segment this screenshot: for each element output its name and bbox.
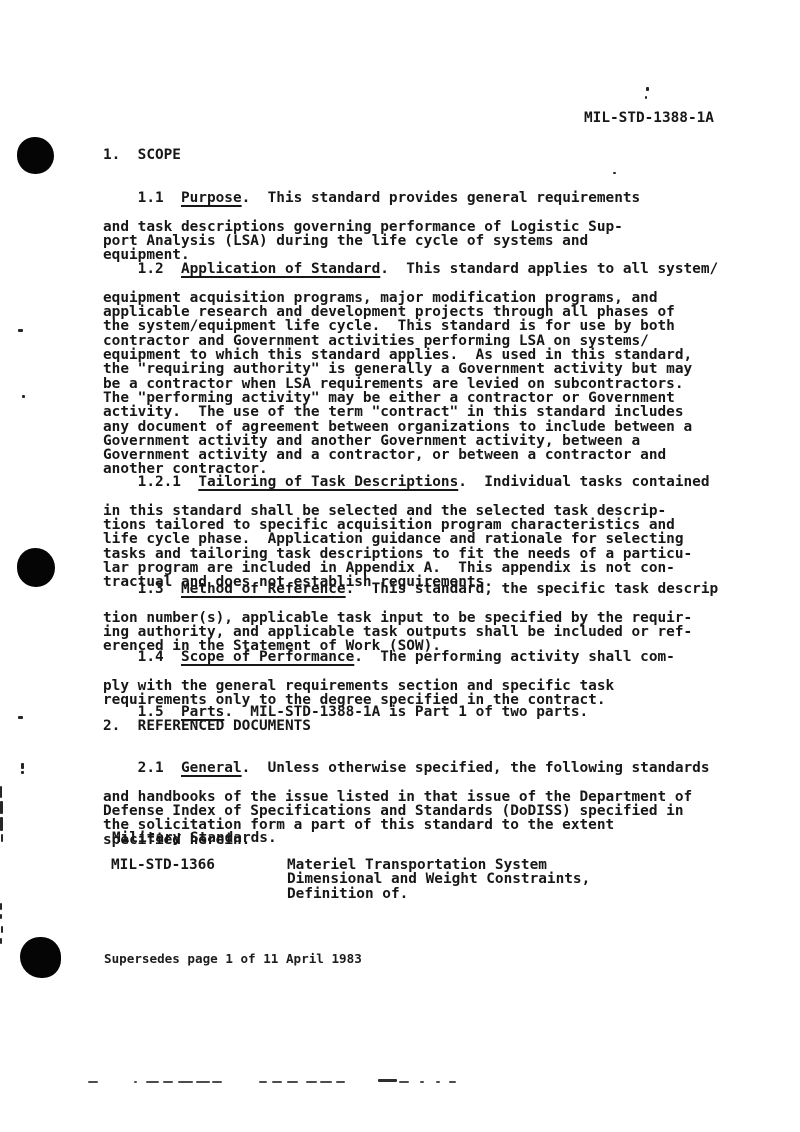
scan-dash-mark bbox=[399, 1081, 409, 1083]
scan-dash-mark bbox=[336, 1081, 345, 1083]
scan-dash-mark bbox=[134, 1081, 137, 1083]
paragraph-title: Method of Reference bbox=[181, 581, 346, 597]
scan-speck bbox=[0, 817, 3, 831]
paragraph-first-line: . The performing activity shall com- bbox=[354, 649, 675, 665]
hole-punch-bottom bbox=[20, 937, 61, 978]
scan-speck bbox=[18, 716, 23, 719]
scan-speck bbox=[18, 329, 23, 332]
scan-dash-mark bbox=[378, 1079, 397, 1082]
paragraph-title: General bbox=[181, 760, 242, 776]
scan-dash-mark bbox=[163, 1081, 173, 1083]
scan-speck bbox=[1, 926, 3, 933]
supersedes-note: Supersedes page 1 of 11 April 1983 bbox=[104, 952, 722, 965]
section-heading-scope: 1. SCOPE bbox=[103, 148, 721, 162]
scan-dash-mark bbox=[449, 1081, 456, 1083]
scan-dash-mark bbox=[88, 1081, 98, 1083]
paragraph-first-line: . This standard, the specific task descr… bbox=[346, 581, 719, 597]
scan-dash-mark bbox=[306, 1081, 317, 1083]
scan-dash-mark bbox=[420, 1081, 424, 1083]
scan-speck bbox=[645, 96, 647, 99]
paragraph-first-line: . This standard applies to all system/ bbox=[380, 261, 718, 277]
scan-dash-mark bbox=[259, 1081, 267, 1083]
paragraph-title: Purpose bbox=[181, 190, 242, 206]
paragraph-title: Scope of Performance bbox=[181, 649, 354, 665]
scan-speck bbox=[1, 834, 3, 842]
paragraph-number: 1.1 bbox=[138, 190, 181, 206]
hole-punch-middle bbox=[17, 548, 55, 587]
paragraph-number: 1.2.1 bbox=[138, 474, 199, 490]
scan-speck bbox=[0, 914, 2, 919]
hole-punch-top bbox=[17, 137, 54, 174]
scan-dash-mark bbox=[178, 1081, 193, 1083]
paragraph-first-line: . Individual tasks contained bbox=[458, 474, 709, 490]
paragraph-number: 2.1 bbox=[138, 760, 181, 776]
scan-speck bbox=[0, 786, 2, 798]
scan-dash-mark bbox=[272, 1081, 282, 1083]
scan-dash-mark bbox=[212, 1081, 222, 1083]
scan-speck bbox=[21, 763, 24, 769]
document-page: MIL-STD-1388-1A 1. SCOPE 1.1 Purpose. Th… bbox=[0, 0, 800, 1132]
reference-description: Materiel Transportation System Dimension… bbox=[287, 858, 687, 901]
scan-dash-mark bbox=[436, 1081, 440, 1083]
paragraph-body: equipment acquisition programs, major mo… bbox=[103, 291, 721, 477]
scan-speck bbox=[0, 801, 3, 814]
scan-speck bbox=[646, 87, 649, 91]
paragraph-first-line: . This standard provides general require… bbox=[242, 190, 641, 206]
scan-speck bbox=[613, 172, 616, 174]
paragraph-title: Tailoring of Task Descriptions bbox=[198, 474, 458, 490]
paragraph-number: 1.4 bbox=[138, 649, 181, 665]
scan-dash-mark bbox=[287, 1081, 298, 1083]
military-standards-label: Military Standards. bbox=[112, 831, 730, 845]
scan-speck bbox=[21, 771, 24, 774]
document-number: MIL-STD-1388-1A bbox=[584, 111, 794, 125]
scan-dash-mark bbox=[196, 1081, 210, 1083]
scan-dash-mark bbox=[146, 1081, 159, 1083]
section-heading-referenced-documents: 2. REFERENCED DOCUMENTS bbox=[103, 719, 721, 733]
scan-dash-mark bbox=[320, 1081, 332, 1083]
scan-speck bbox=[0, 903, 2, 910]
reference-id: MIL-STD-1366 bbox=[111, 858, 281, 872]
scan-speck bbox=[0, 938, 2, 944]
paragraph-number: 1.3 bbox=[138, 581, 181, 597]
paragraph-first-line: . Unless otherwise specified, the follow… bbox=[242, 760, 710, 776]
paragraph-title: Application of Standard bbox=[181, 261, 380, 277]
scan-speck bbox=[22, 395, 25, 398]
paragraph-number: 1.2 bbox=[138, 261, 181, 277]
